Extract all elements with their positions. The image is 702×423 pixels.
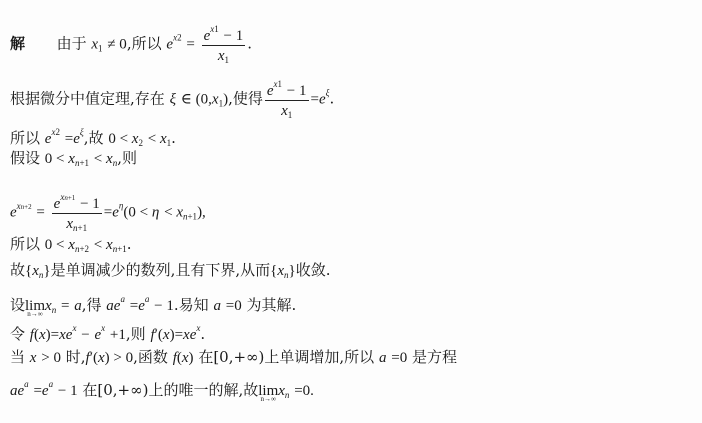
text-genju: 根据微分中值定理,存在 [10,90,165,108]
text-zai: 在[0,+∞)上单调增加,所以 [198,348,374,366]
limit-1: limn→∞ [25,296,45,316]
solution-line-1: 解 由于 x1 ≠ 0,所以 ex2 = ex1 − 1x1. [10,20,252,69]
text-youyu: 由于 [57,35,87,53]
text-gu2: 故 [10,261,25,279]
text-ling: 令 [10,325,25,343]
solution-line-8: 设limn→∞xn = a,得 aea =ea − 1.易知 a =0 为其解. [10,289,296,320]
solution-line-7: 故{xn}是单调减少的数列,且有下界,从而{xn}收敛. [10,260,331,285]
text-dang: 当 [10,348,25,366]
text-jiashe: 假设 [10,149,40,167]
text-suoyi: 所以 [10,129,40,147]
text-monotone: 是单调减少的数列,且有下界,从而 [51,261,271,279]
fraction-2: ex1 − 1x1 [265,75,309,124]
solution-line-4: 假设 0 < xn+1 < xn,则 [10,148,137,173]
text-suoyi: 所以 [132,35,162,53]
text-solution: 为其解. [246,296,296,314]
text-gu: ,故 [84,129,104,147]
limit-2: limn→∞ [258,381,278,401]
fraction-1: ex1 − 1x1 [202,20,246,69]
text-yizhi: .易知 [174,296,209,314]
text-suoyi: 所以 [10,235,40,253]
solution-line-6: 所以 0 < xn+2 < xn+1. [10,234,132,259]
solution-line-10: 当 x > 0 时,f′(x) > 0,函数 f(x) 在[0,+∞)上单调增加… [10,347,457,368]
text-ze: ,则 [117,149,137,167]
fraction-3: exn+1 − 1xn+1 [52,188,102,237]
solution-line-9: 令 f(x)=xex − ex +1,则 f′(x)=xex. [10,318,205,345]
text-ze2: ,则 [126,325,146,343]
text-shi: 时, [66,348,86,366]
text-hanshu: ,函数 [133,348,168,366]
text-shide: ,使得 [228,90,263,108]
text-zai2: 在[0,+∞)上的唯一的解,故 [82,381,258,399]
solution-line-2: 根据微分中值定理,存在 ξ ∈ (0,x1),使得ex1 − 1x1=eξ. [10,75,334,124]
solution-label: 解 [10,35,25,53]
solution-line-11: aea =ea − 1 在[0,+∞)上的唯一的解,故limn→∞xn =0. [10,374,314,405]
solution-line-5: exn+2 = exn+1 − 1xn+1=eη(0 < η < xn+1), [10,188,206,237]
text-equation: 是方程 [412,348,457,366]
text-converge: 收敛. [296,261,331,279]
text-she: 设 [10,296,25,314]
text-de: ,得 [82,296,102,314]
